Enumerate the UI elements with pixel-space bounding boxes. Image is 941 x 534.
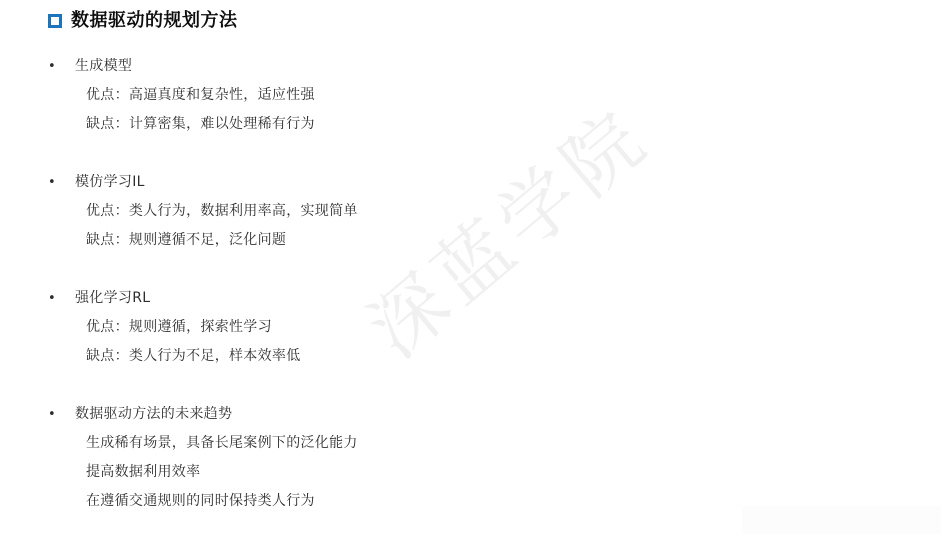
bullet-icon: • [48,400,75,429]
section-pro-line: 优点：规则遵循，探索性学习 [48,313,908,342]
section-heading-line: • 强化学习RL [48,284,908,313]
trend-line: 提高数据利用效率 [48,458,908,487]
section-heading-line: • 模仿学习IL [48,168,908,197]
section-heading-line: • 生成模型 [48,52,908,81]
section-con-line: 缺点：类人行为不足，样本效率低 [48,342,908,371]
section-heading: 模仿学习IL [75,168,145,197]
section-heading-line: • 数据驱动方法的未来趋势 [48,400,908,429]
bullet-icon: • [48,168,75,197]
section-pro-line: 优点：类人行为，数据利用率高，实现简单 [48,197,908,226]
section-pro-line: 优点：高逼真度和复杂性，适应性强 [48,81,908,110]
bullet-icon: • [48,284,75,313]
section-future-trends: • 数据驱动方法的未来趋势 生成稀有场景，具备长尾案例下的泛化能力 提高数据利用… [48,400,908,516]
section-con-line: 缺点：规则遵循不足，泛化问题 [48,226,908,255]
section-heading: 强化学习RL [75,284,150,313]
bullet-icon: • [48,52,75,81]
trend-line: 生成稀有场景，具备长尾案例下的泛化能力 [48,429,908,458]
section-heading: 生成模型 [75,52,132,81]
section-imitation-learning: • 模仿学习IL 优点：类人行为，数据利用率高，实现简单 缺点：规则遵循不足，泛… [48,168,908,255]
section-con-line: 缺点：计算密集，难以处理稀有行为 [48,110,908,139]
section-heading: 数据驱动方法的未来趋势 [75,400,232,429]
slide: 深蓝学院 数据驱动的规划方法 • 生成模型 优点：高逼真度和复杂性，适应性强 缺… [0,0,941,534]
section-reinforcement-learning: • 强化学习RL 优点：规则遵循，探索性学习 缺点：类人行为不足，样本效率低 [48,284,908,371]
slide-header: 数据驱动的规划方法 [48,11,238,31]
slide-content: • 生成模型 优点：高逼真度和复杂性，适应性强 缺点：计算密集，难以处理稀有行为… [48,52,908,516]
page-title: 数据驱动的规划方法 [71,11,238,31]
title-square-bullet-icon [48,14,62,28]
section-generative-model: • 生成模型 优点：高逼真度和复杂性，适应性强 缺点：计算密集，难以处理稀有行为 [48,52,908,139]
trend-line: 在遵循交通规则的同时保持类人行为 [48,487,908,516]
